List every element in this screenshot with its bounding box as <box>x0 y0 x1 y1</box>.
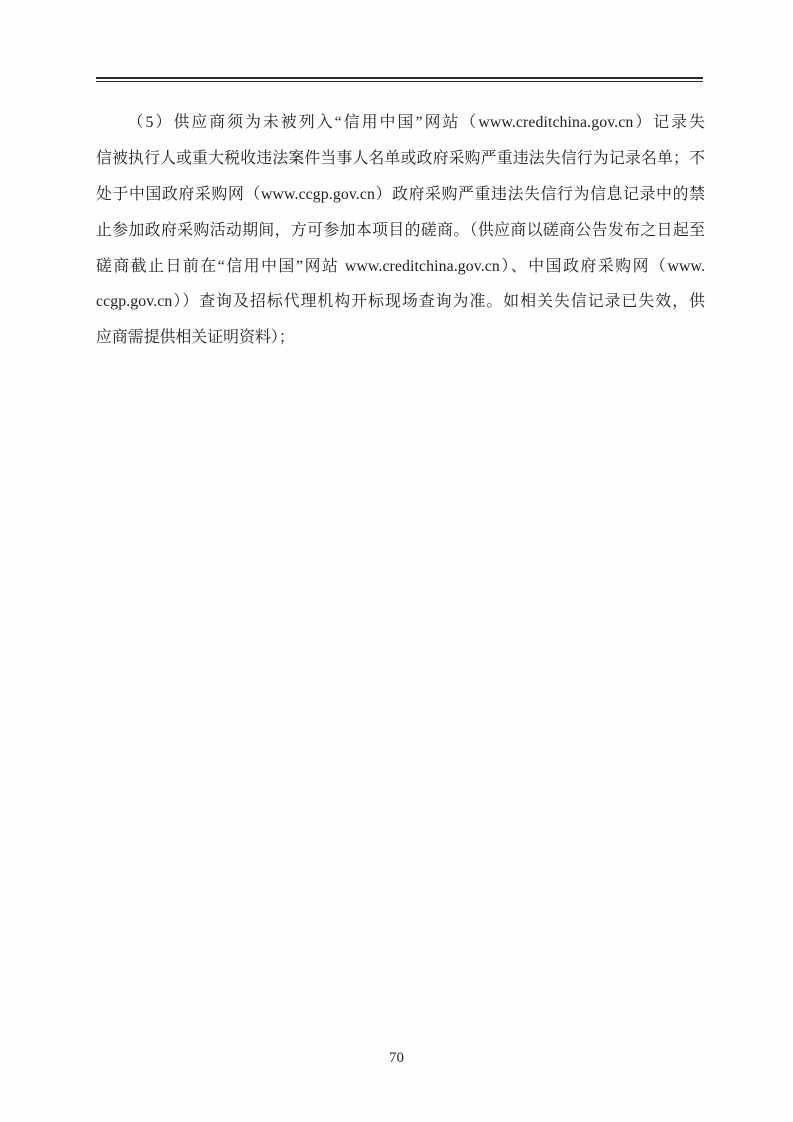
header-rule-divider <box>96 77 703 82</box>
body-paragraph: （5）供应商须为未被列入“信用中国”网站（www.creditchina.gov… <box>96 105 705 356</box>
paragraph-line: 止参加政府采购活动期间，方可参加本项目的磋商。（供应商以磋商公告发布之日起至 <box>96 213 705 249</box>
paragraph-line: 处于中国政府采购网（www.ccgp.gov.cn）政府采购严重违法失信行为信息… <box>96 177 705 213</box>
paragraph-line: 磋商截止日前在“信用中国”网站 www.creditchina.gov.cn）、… <box>96 249 705 285</box>
paragraph-line: ccgp.gov.cn））查询及招标代理机构开标现场查询为准。如相关失信记录已失… <box>96 284 705 320</box>
paragraph-line: 应商需提供相关证明资料）； <box>96 320 705 356</box>
page-number: 70 <box>0 1050 793 1067</box>
paragraph-line: （5）供应商须为未被列入“信用中国”网站（www.creditchina.gov… <box>96 105 705 141</box>
document-page: （5）供应商须为未被列入“信用中国”网站（www.creditchina.gov… <box>0 0 793 1122</box>
paragraph-line: 信被执行人或重大税收违法案件当事人名单或政府采购严重违法失信行为记录名单；不 <box>96 141 705 177</box>
